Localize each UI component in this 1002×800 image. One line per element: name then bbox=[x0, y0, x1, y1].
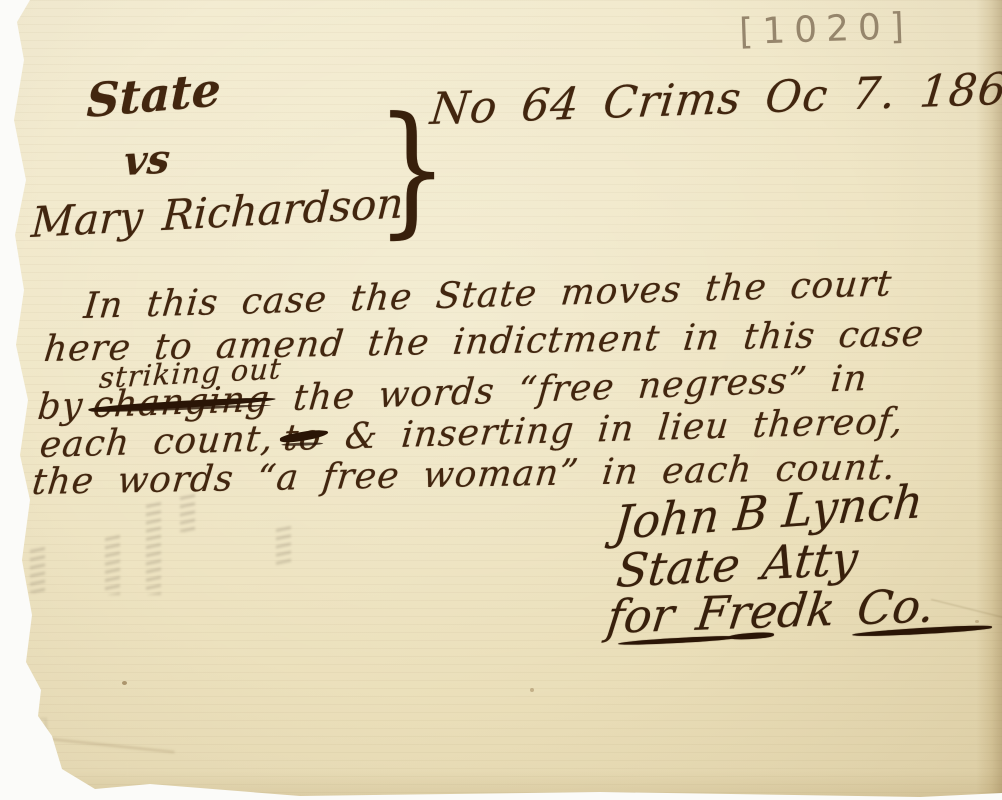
paper-speck bbox=[975, 620, 979, 623]
struck-word-to: to bbox=[282, 417, 324, 459]
archival-number-showthrough: [1020] bbox=[0, 712, 52, 762]
versus-label: vs bbox=[122, 135, 172, 185]
ink-showthrough-mark bbox=[105, 533, 120, 595]
ink-showthrough-mark bbox=[276, 524, 291, 566]
paper-bottom-edge-shadow bbox=[0, 770, 1002, 800]
ink-showthrough-mark bbox=[30, 545, 45, 593]
paper-speck bbox=[122, 681, 127, 685]
paper-speck bbox=[530, 688, 534, 692]
scanned-document-page: { "colors":{"paper":"#efe5c3","ink":"#42… bbox=[0, 0, 1002, 800]
ink-showthrough-mark bbox=[146, 500, 161, 595]
paper-sheet: [1020] State vs Mary Richardson } No 64 … bbox=[0, 0, 1002, 800]
body-line-3-prefix: by bbox=[36, 385, 85, 428]
ink-showthrough-mark bbox=[180, 492, 195, 532]
paper-right-edge-shadow bbox=[976, 0, 1002, 800]
archival-number: [1020] bbox=[739, 6, 914, 53]
